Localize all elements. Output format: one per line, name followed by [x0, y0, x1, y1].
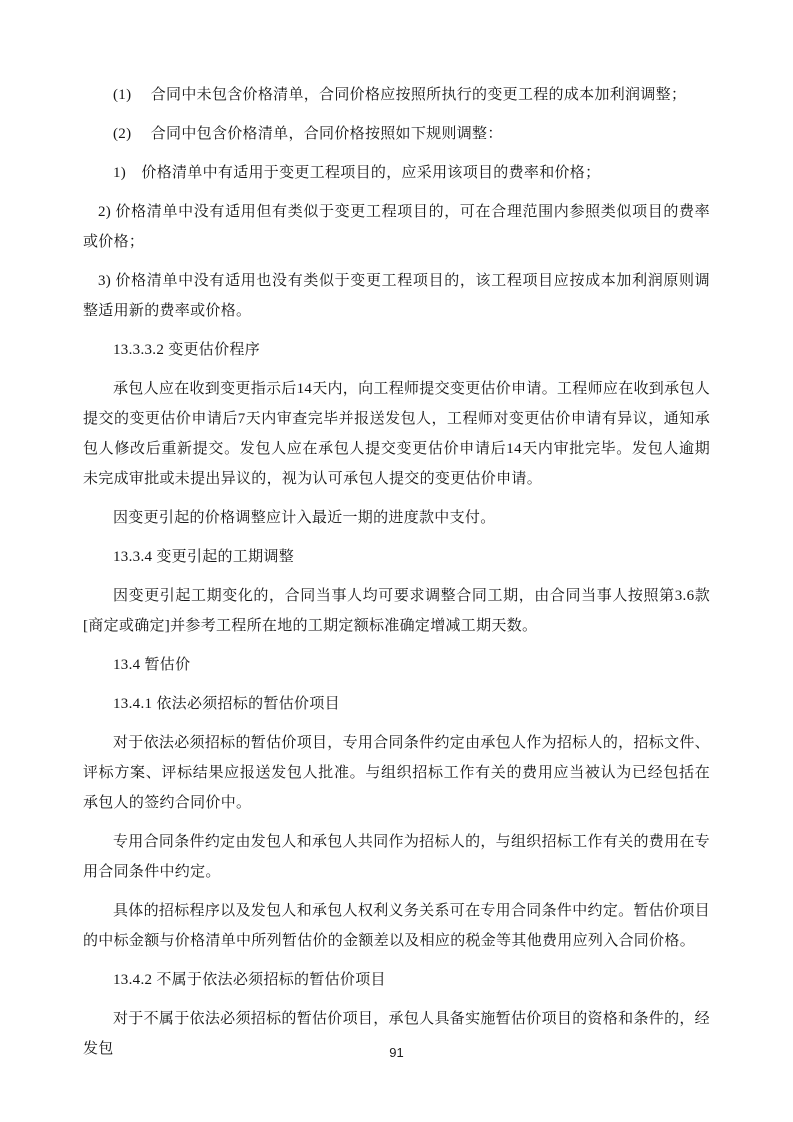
list-item-num-2: 2) 价格清单中没有适用但有类似于变更工程项目的，可在合理范围内参照类似项目的费… [83, 197, 710, 257]
section-heading-13-3-4: 13.3.4 变更引起的工期调整 [83, 542, 710, 572]
paragraph-tender-required-items-1: 对于依法必须招标的暂估价项目，专用合同条件约定由承包人作为招标人的，招标文件、评… [83, 728, 710, 818]
section-heading-13-4: 13.4 暂估价 [83, 650, 710, 680]
section-heading-13-4-1: 13.4.1 依法必须招标的暂估价项目 [83, 689, 710, 719]
document-body: (1) 合同中未包含价格清单，合同价格应按照所执行的变更工程的成本加利润调整；(… [83, 80, 710, 1064]
document-page: (1) 合同中未包含价格清单，合同价格应按照所执行的变更工程的成本加利润调整；(… [0, 0, 793, 1122]
list-item-num-3: 3) 价格清单中没有适用也没有类似于变更工程项目的，该工程项目应按成本加利润原则… [83, 266, 710, 326]
paragraph-tender-required-items-2: 专用合同条件约定由发包人和承包人共同作为招标人的，与组织招标工作有关的费用在专用… [83, 827, 710, 887]
paragraph-price-adjustment-payment: 因变更引起的价格调整应计入最近一期的进度款中支付。 [83, 503, 710, 533]
page-number: 91 [389, 1045, 403, 1060]
section-heading-13-3-3-2: 13.3.3.2 变更估价程序 [83, 335, 710, 365]
list-item-paren-2: (2) 合同中包含价格清单，合同价格按照如下规则调整： [83, 119, 710, 149]
list-item-num-1: 1) 价格清单中有适用于变更工程项目的，应采用该项目的费率和价格； [83, 158, 710, 188]
paragraph-schedule-adjustment: 因变更引起工期变化的，合同当事人均可要求调整合同工期，由合同当事人按照第3.6款… [83, 581, 710, 641]
paragraph-variation-valuation-procedure: 承包人应在收到变更指示后14天内，向工程师提交变更估价申请。工程师应在收到承包人… [83, 374, 710, 494]
list-item-paren-1: (1) 合同中未包含价格清单，合同价格应按照所执行的变更工程的成本加利润调整； [83, 80, 710, 110]
section-heading-13-4-2: 13.4.2 不属于依法必须招标的暂估价项目 [83, 965, 710, 995]
paragraph-tender-required-items-3: 具体的招标程序以及发包人和承包人权利义务关系可在专用合同条件中约定。暂估价项目的… [83, 896, 710, 956]
page-footer: 91 [0, 1044, 793, 1062]
